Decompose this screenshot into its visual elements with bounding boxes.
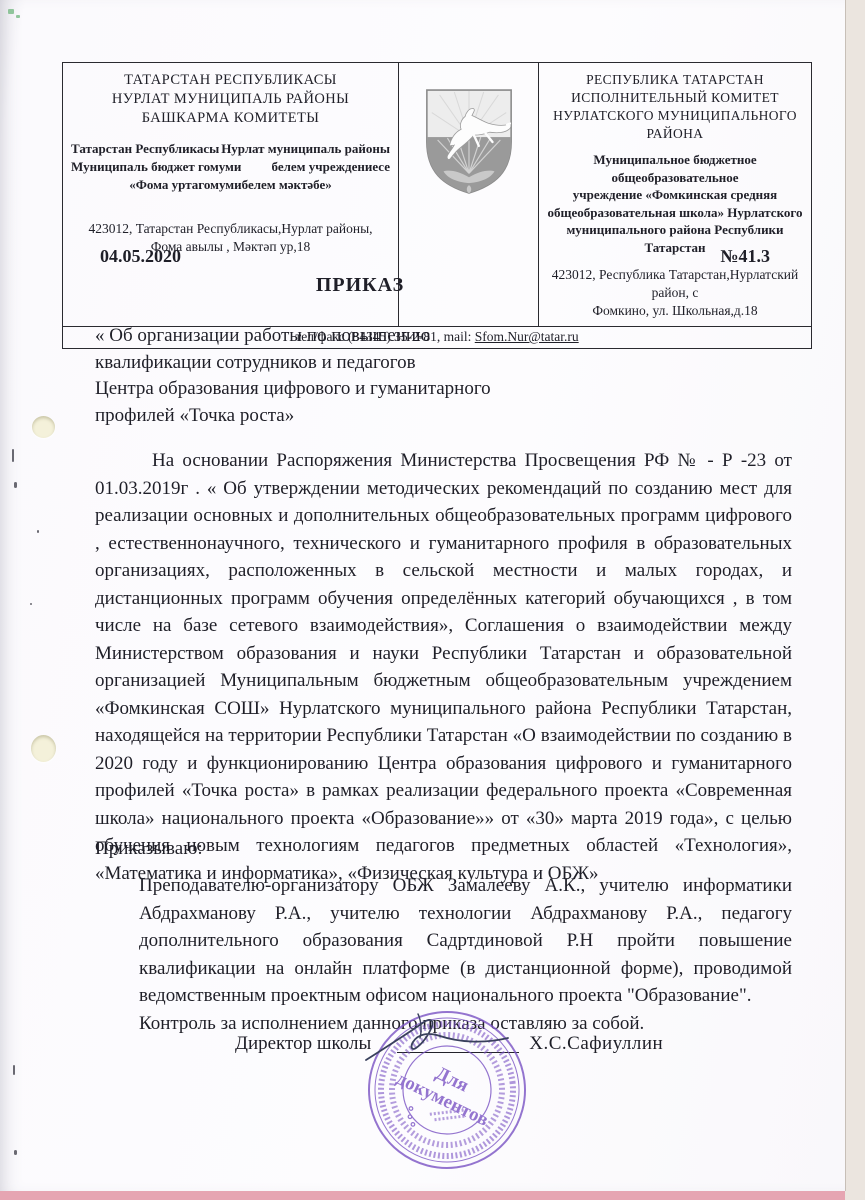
- scan-speck: [14, 1150, 17, 1155]
- scan-speck: [14, 482, 17, 488]
- scan-speck-green: [16, 15, 20, 18]
- text-line: БАШКАРМА КОМИТЕТЫ: [69, 109, 392, 128]
- org-row: Муниципаль бюджет гомуми белем учреждени…: [71, 158, 390, 176]
- order-title: ПРИКАЗ: [95, 274, 625, 297]
- signatory-name: Х.С.Сафиуллин: [529, 1033, 663, 1055]
- text-line: ТАТАРСТАН РЕСПУБЛИКАСЫ: [69, 71, 392, 90]
- scan-speck: [30, 603, 32, 605]
- hole-punch-top: [32, 416, 55, 438]
- scan-speck: [13, 1065, 15, 1075]
- org-row: Татарстан Республикасы Нурлат муниципаль…: [71, 140, 390, 158]
- text-line: учреждение «Фомкинская средняя: [547, 186, 803, 204]
- text-line: РЕСПУБЛИКА ТАТАРСТАН: [547, 71, 803, 89]
- text-line: квалификации сотрудников и педагогов: [95, 350, 575, 377]
- text-line: НУРЛАТСКОГО МУНИЦИПАЛЬНОГО РАЙОНА: [547, 107, 803, 143]
- order-body-paragraph: На основании Распоряжения Министерства П…: [95, 447, 792, 887]
- text-line: « Об организации работы по повышению: [95, 323, 575, 350]
- scan-speck-green: [8, 9, 14, 14]
- text-line: Муниципальное бюджетное общеобразователь…: [547, 151, 803, 186]
- org-name-russian: РЕСПУБЛИКА ТАТАРСТАНИСПОЛНИТЕЛЬНЫЙ КОМИТ…: [547, 71, 803, 143]
- text-line: Центра образования цифрового и гуманитар…: [95, 376, 575, 403]
- hole-punch-bottom: [31, 735, 56, 762]
- text-line: общеобразовательная школа» Нурлатского: [547, 204, 803, 222]
- text-line: 423012, Татарстан Республикасы,Нурлат ра…: [69, 220, 392, 238]
- scan-speck: [12, 449, 14, 462]
- signatory-role: Директор школы: [235, 1033, 371, 1055]
- scan-speck: [37, 530, 39, 533]
- coat-of-arms-icon: [420, 83, 518, 199]
- org-row3: «Фома уртагомумибелем мәктәбе»: [69, 176, 392, 194]
- document-page: ТАТАРСТАН РЕСПУБЛИКАСЫНУРЛАТ МУНИЦИПАЛЬ …: [0, 0, 846, 1191]
- order-number: №41.3: [720, 246, 770, 267]
- letterhead: ТАТАРСТАН РЕСПУБЛИКАСЫНУРЛАТ МУНИЦИПАЛЬ …: [62, 62, 812, 349]
- date-number-row: 04.05.2020 №41.3: [100, 246, 770, 267]
- handwritten-signature: [358, 1008, 533, 1070]
- scan-bottom-edge: [0, 1191, 845, 1200]
- org-row2-left: Муниципаль бюджет гомуми: [71, 158, 241, 176]
- order-date: 04.05.2020: [100, 246, 181, 267]
- school-name-russian: Муниципальное бюджетное общеобразователь…: [547, 151, 803, 256]
- text-line: Фомкино, ул. Школьная,д.18: [547, 302, 803, 320]
- org-name-tatar: ТАТАРСТАН РЕСПУБЛИКАСЫНУРЛАТ МУНИЦИПАЛЬ …: [69, 71, 392, 128]
- text-line: ИСПОЛНИТЕЛЬНЫЙ КОМИТЕТ: [547, 89, 803, 107]
- order-subject: « Об организации работы по повышениюквал…: [95, 323, 575, 429]
- org-row2-right: белем учреждениесе: [272, 158, 390, 176]
- org-row1-left: Татарстан Республикасы: [71, 140, 219, 158]
- text-line: Преподавателю-организатору ОБЖ Замалееву…: [137, 872, 792, 1010]
- text-line: НУРЛАТ МУНИЦИПАЛЬ РАЙОНЫ: [69, 90, 392, 109]
- school-name-tatar: Татарстан Республикасы Нурлат муниципаль…: [69, 140, 392, 194]
- text-line: профилей «Точка роста»: [95, 403, 575, 430]
- org-row1-right: Нурлат муниципаль районы: [221, 140, 390, 158]
- directive-intro: Приказываю:: [95, 838, 203, 860]
